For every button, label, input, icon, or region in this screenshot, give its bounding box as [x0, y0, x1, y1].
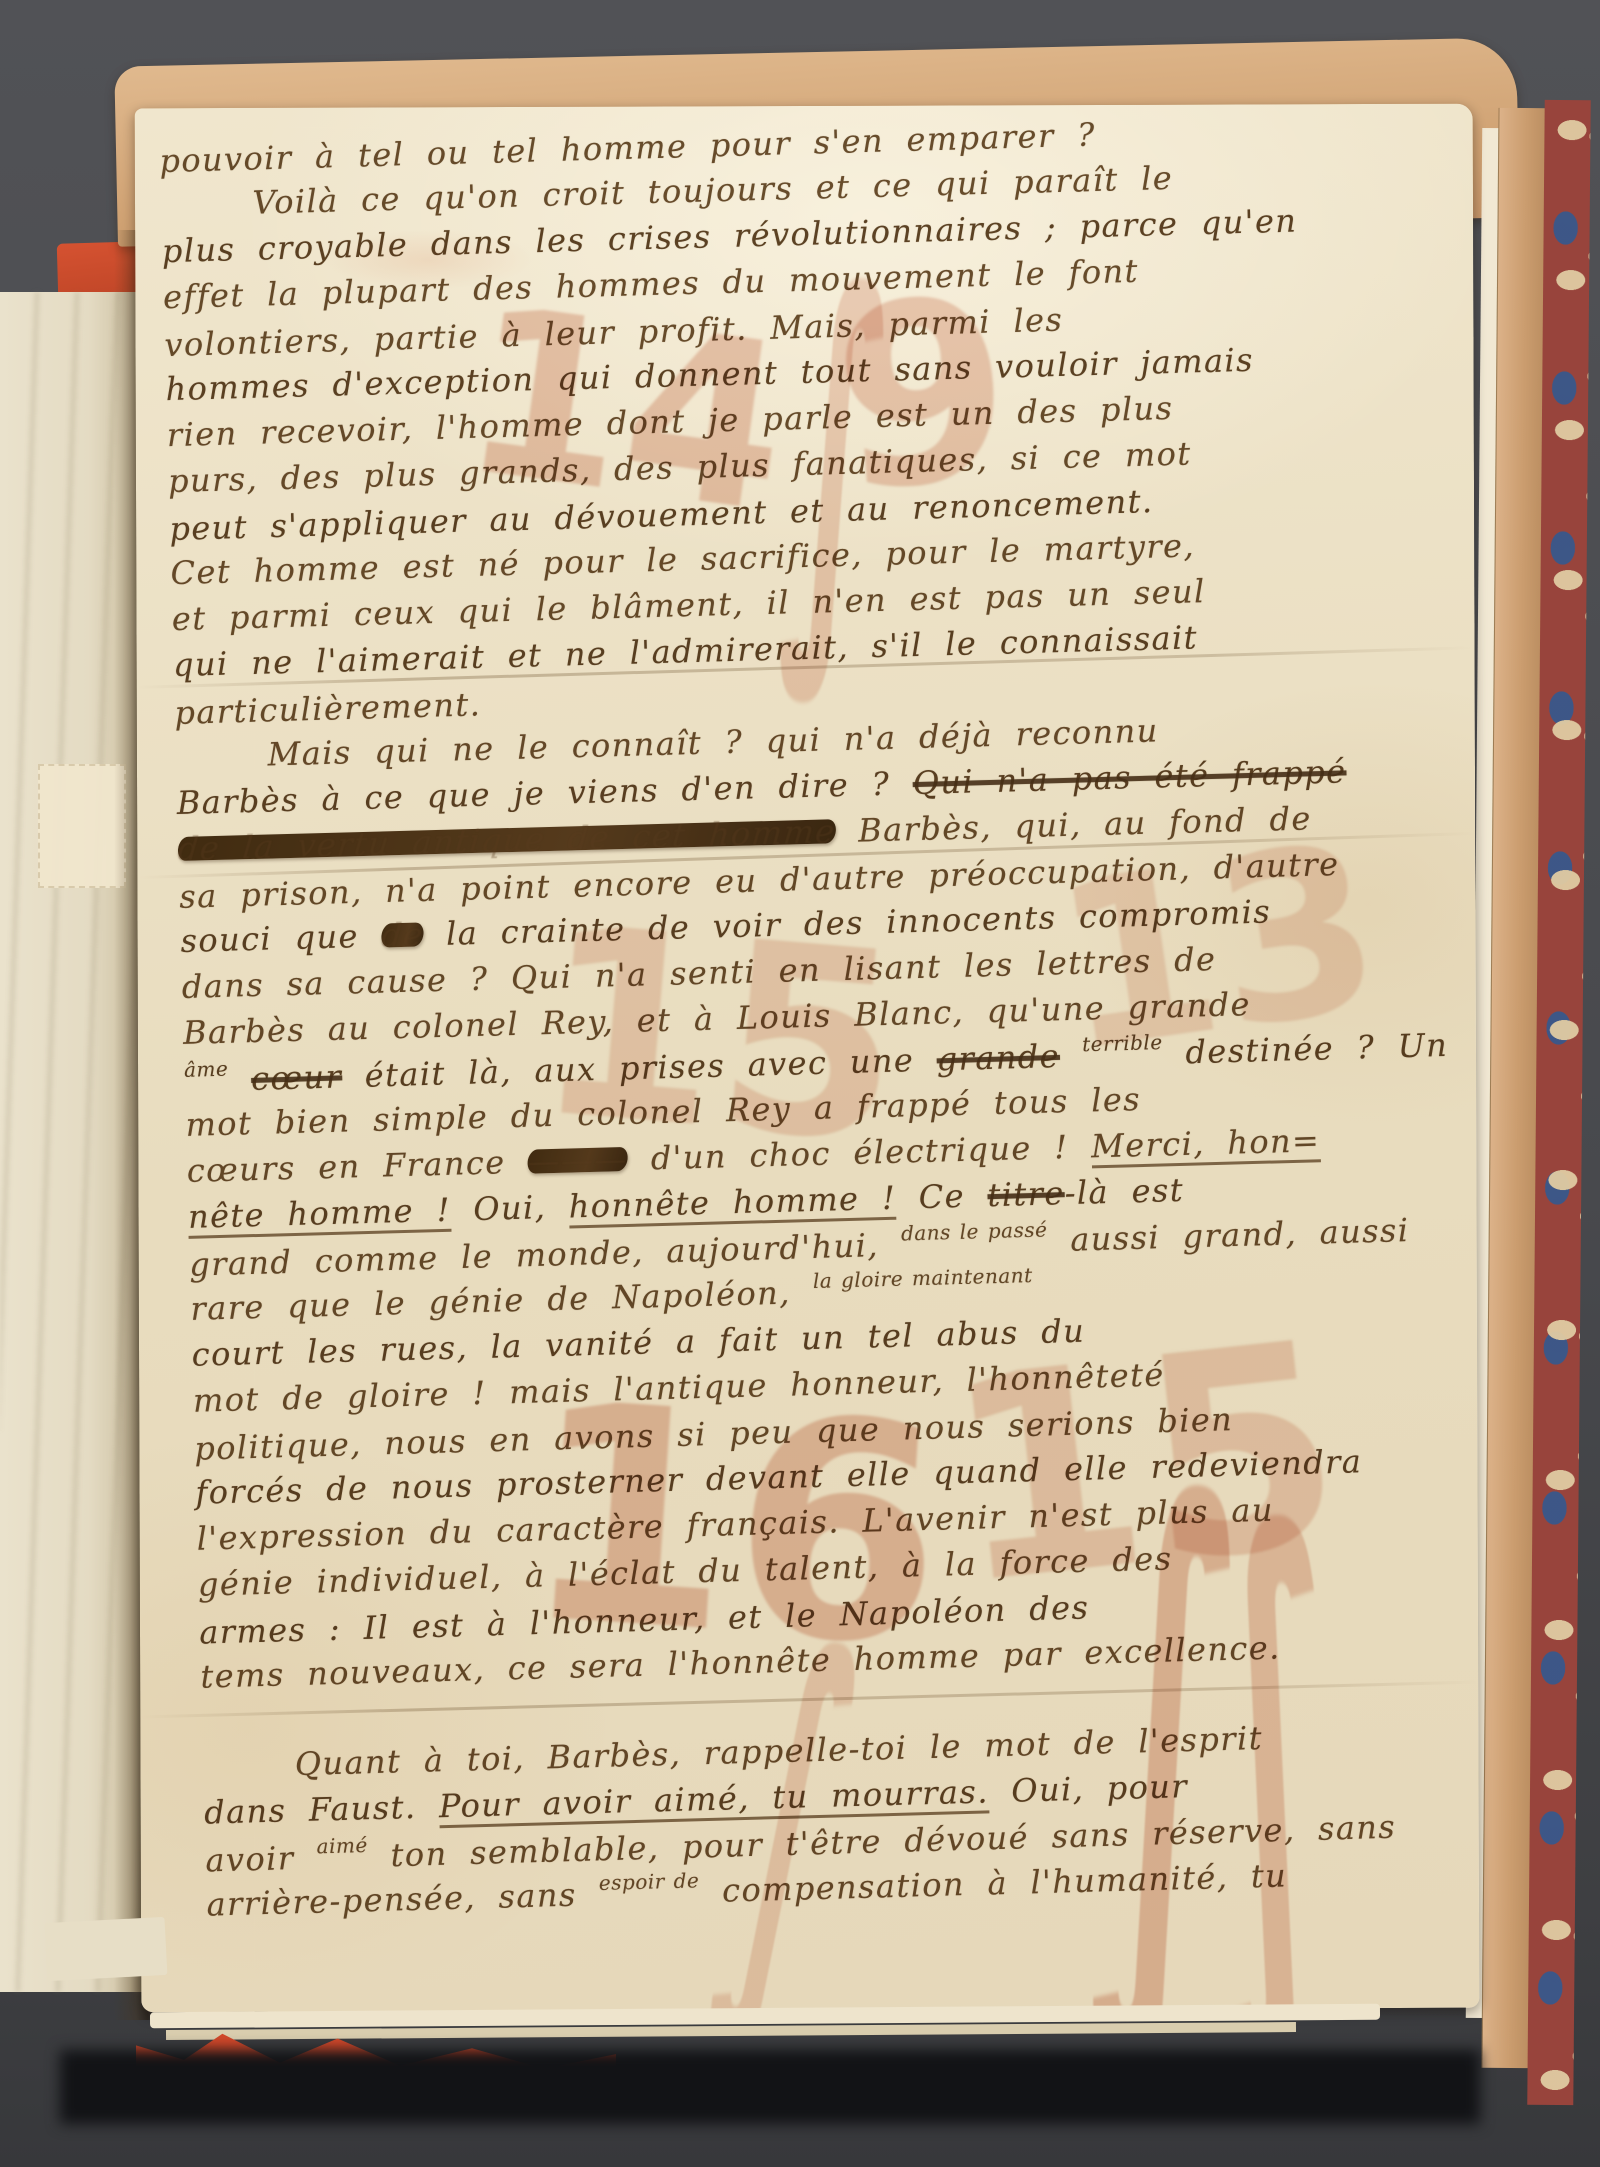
repair-patch: [38, 764, 126, 888]
red-chalk-mark: 14: [452, 276, 800, 547]
red-chalk-mark: 13: [1043, 813, 1393, 1086]
red-chalk-mark: 15: [528, 892, 910, 1181]
red-chalk-mark: 16: [515, 1363, 951, 1690]
red-chalk-mark: ∫: [777, 236, 899, 675]
manuscript-page: pouvoir à tel ou tel homme pour s'en emp…: [135, 104, 1480, 2013]
photograph-of-open-manuscript-book: pouvoir à tel ou tel homme pour s'en emp…: [0, 0, 1600, 2167]
book-shadow: [60, 2050, 1480, 2124]
page-corner-tab: [45, 1917, 168, 1981]
